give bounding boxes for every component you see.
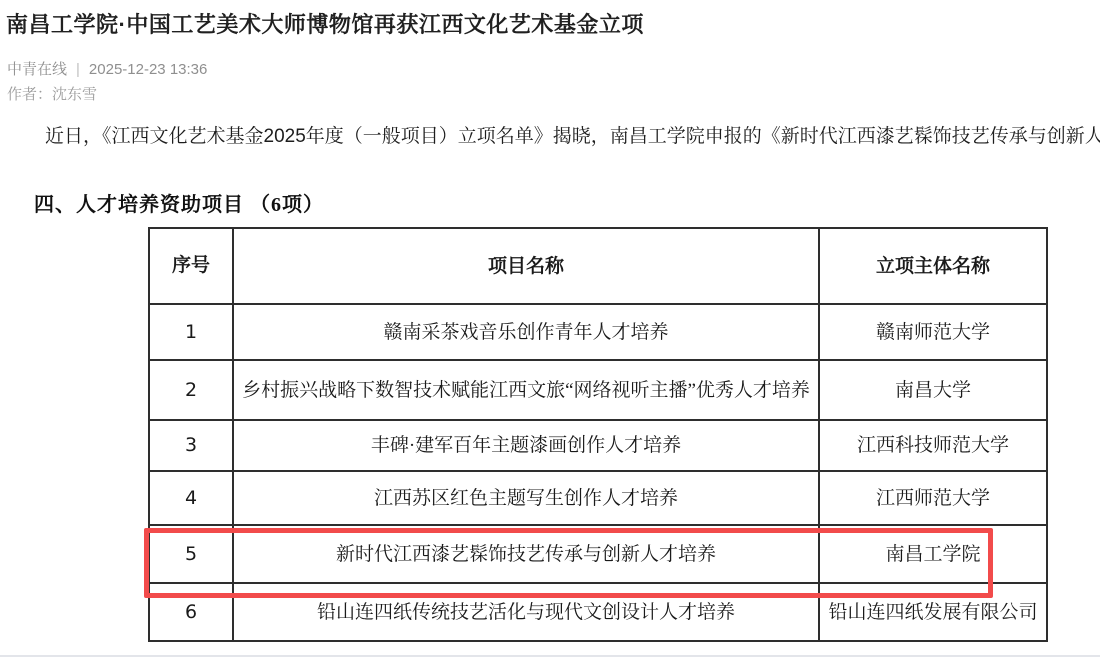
cell-project-name: 丰碑·建军百年主题漆画创作人才培养: [233, 420, 819, 471]
cell-org-name: 南昌大学: [819, 360, 1047, 420]
cell-org-name: 南昌工学院: [819, 525, 1047, 583]
header-project-name: 项目名称: [233, 228, 819, 304]
cell-project-name: 乡村振兴战略下数智技术赋能江西文旅“网络视听主播”优秀人才培养: [233, 360, 819, 420]
cell-org-name: 赣南师范大学: [819, 304, 1047, 360]
cell-org-name: 江西科技师范大学: [819, 420, 1047, 471]
article-paragraph: 近日，《江西文化艺术基金2025年度（一般项目）立项名单》揭晓，南昌工学院申报的…: [45, 124, 1100, 150]
article-meta: 中青在线|2025-12-23 13:36: [7, 58, 207, 79]
table-header-row: 序号 项目名称 立项主体名称: [149, 228, 1047, 304]
cell-project-name: 赣南采茶戏音乐创作青年人才培养: [233, 304, 819, 360]
cell-serial-number: 5: [149, 525, 233, 583]
table-row: 4江西苏区红色主题写生创作人才培养江西师范大学: [149, 471, 1047, 525]
source-name: 中青在线: [7, 61, 67, 78]
author-line: 作者：沈东雪: [7, 83, 97, 104]
meta-separator: |: [76, 61, 80, 78]
table-row: 2乡村振兴战略下数智技术赋能江西文旅“网络视听主播”优秀人才培养南昌大学: [149, 360, 1047, 420]
cell-project-name: 新时代江西漆艺髹饰技艺传承与创新人才培养: [233, 525, 819, 583]
cell-serial-number: 6: [149, 583, 233, 641]
table-row: 3丰碑·建军百年主题漆画创作人才培养江西科技师范大学: [149, 420, 1047, 471]
table-row-highlighted: 5新时代江西漆艺髹饰技艺传承与创新人才培养南昌工学院: [149, 525, 1047, 583]
cell-serial-number: 3: [149, 420, 233, 471]
cell-project-name: 江西苏区红色主题写生创作人才培养: [233, 471, 819, 525]
cell-org-name: 铅山连四纸发展有限公司: [819, 583, 1047, 641]
cell-serial-number: 2: [149, 360, 233, 420]
header-org-name: 立项主体名称: [819, 228, 1047, 304]
author-name: 沈东雪: [52, 86, 97, 103]
section-heading: 四、人才培养资助项目 （6项）: [34, 188, 324, 217]
projects-table: 序号 项目名称 立项主体名称 1赣南采茶戏音乐创作青年人才培养赣南师范大学2乡村…: [148, 227, 1048, 642]
table-row: 1赣南采茶戏音乐创作青年人才培养赣南师范大学: [149, 304, 1047, 360]
table-row: 6铅山连四纸传统技艺活化与现代文创设计人才培养铅山连四纸发展有限公司: [149, 583, 1047, 641]
header-serial-number: 序号: [149, 228, 233, 304]
cell-org-name: 江西师范大学: [819, 471, 1047, 525]
cell-serial-number: 1: [149, 304, 233, 360]
cell-serial-number: 4: [149, 471, 233, 525]
article-page: 南昌工学院·中国工艺美术大师博物馆再获江西文化艺术基金立项 中青在线|2025-…: [0, 0, 1100, 661]
content-bottom-divider: [0, 655, 1100, 657]
publish-datetime: 2025-12-23 13:36: [89, 61, 207, 78]
cell-project-name: 铅山连四纸传统技艺活化与现代文创设计人才培养: [233, 583, 819, 641]
article-title: 南昌工学院·中国工艺美术大师博物馆再获江西文化艺术基金立项: [6, 10, 1086, 40]
author-label: 作者：: [7, 86, 52, 103]
